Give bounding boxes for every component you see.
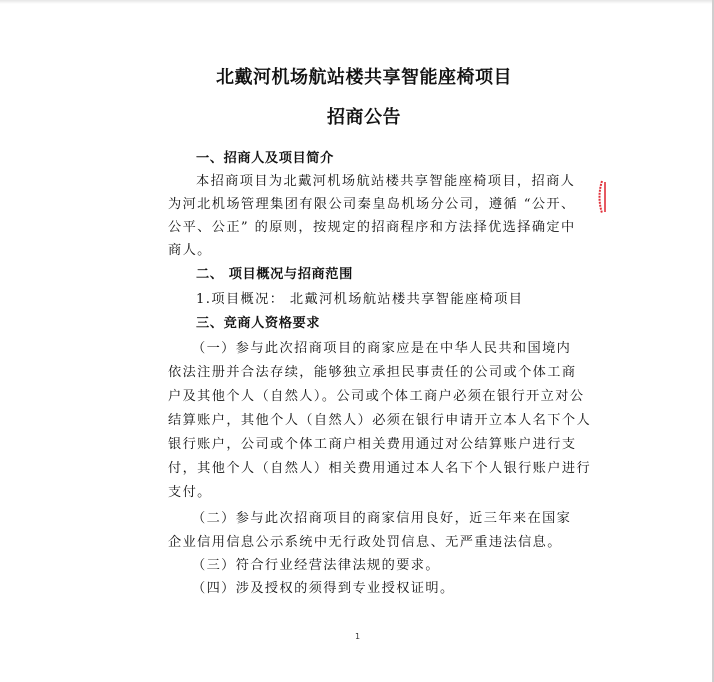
page-number: 1 xyxy=(355,632,360,641)
requirement-1-line-2: 依法注册并合法存续，能够独立承担民事责任的公司或个体工商 xyxy=(168,364,560,382)
requirement-1-line-7: 支付。 xyxy=(168,484,560,502)
requirement-1-line-1: （一）参与此次招商项目的商家应是在中华人民共和国境内 xyxy=(192,340,584,358)
section-2-line-1: 1.项目概况： 北戴河机场航站楼共享智能座椅项目 xyxy=(196,291,588,309)
document-title: 北戴河机场航站楼共享智能座椅项目 xyxy=(168,63,560,89)
requirement-1-line-4: 结算账户，其他个人（自然人）必须在银行申请开立本人名下个人 xyxy=(168,412,560,430)
section-1-line-2: 为河北机场管理集团有限公司秦皇岛机场分公司，遵循 “公开、 xyxy=(168,196,560,214)
page-top-shadow xyxy=(0,0,714,4)
requirement-1-line-6: 付，其他个人（自然人）相关费用通过本人名下个人银行账户进行 xyxy=(168,460,560,478)
requirement-2-line-2: 企业信用信息公示系统中无行政处罚信息、无严重违法信息。 xyxy=(168,534,560,552)
requirement-1-line-3: 户及其他个人（自然人）。公司或个体工商户必须在银行开立对公 xyxy=(168,388,560,406)
section-heading-2: 二、 项目概况与招商范围 xyxy=(196,266,588,284)
section-1-line-1: 本招商项目为北戴河机场航站楼共享智能座椅项目，招商人 xyxy=(196,173,588,191)
requirement-1-line-5: 银行账户，公司或个体工商户相关费用通过对公结算账户进行支 xyxy=(168,436,560,454)
requirement-2-line-1: （二）参与此次招商项目的商家信用良好，近三年来在国家 xyxy=(192,510,584,528)
document-page: 北戴河机场航站楼共享智能座椅项目 招商公告 一、招商人及项目简介 本招商项目为北… xyxy=(0,0,714,682)
section-1-line-4: 商人。 xyxy=(168,242,560,260)
requirement-4-line-1: （四）涉及授权的须得到专业授权证明。 xyxy=(192,580,584,598)
requirement-3-line-1: （三）符合行业经营法律法规的要求。 xyxy=(192,557,584,575)
section-heading-1: 一、招商人及项目简介 xyxy=(196,150,588,168)
document-subtitle: 招商公告 xyxy=(168,103,560,129)
section-heading-3: 三、竞商人资格要求 xyxy=(196,315,588,333)
seal-stamp-fragment-icon xyxy=(597,180,607,214)
section-1-line-3: 公平、公正” 的原则，按规定的招商程序和方法择优选择确定中 xyxy=(168,219,560,237)
